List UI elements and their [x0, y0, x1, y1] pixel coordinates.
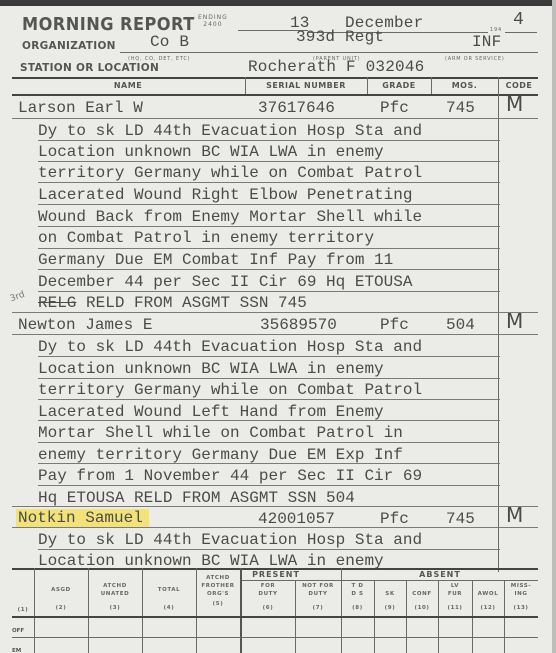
- ending-time: 2400: [198, 21, 228, 28]
- report-year-digit: 4: [513, 10, 524, 30]
- remark-line: Dy to sk LD 44th Evacuation Hosp Sta and: [38, 530, 422, 550]
- remark-line: December 44 per Sec II Cir 69 Hq ETOUSA: [38, 272, 412, 292]
- entry-mos: 745: [446, 509, 475, 529]
- remark-line: Hq ETOUSA RELD FROM ASGMT SSN 504: [38, 488, 355, 508]
- remark-line: Lacerated Wound Left Hand from Enemy: [38, 402, 384, 422]
- ending-label: ENDING 2400: [198, 14, 228, 28]
- entry-name: Newton James E: [18, 315, 152, 335]
- col-missing: MISS-ING(13): [504, 582, 538, 612]
- absent-group: ABSENT: [340, 570, 540, 579]
- remark-line: Mortar Shell while on Combat Patrol in: [38, 423, 403, 443]
- rule: [12, 118, 538, 119]
- header-rule: [12, 77, 538, 79]
- ending-text: ENDING: [198, 14, 228, 21]
- struck-text: RELG: [38, 294, 76, 312]
- remark-line: territory Germany while on Combat Patrol: [38, 380, 422, 400]
- station-label: STATION OR LOCATION: [20, 62, 159, 74]
- entry-serial: 35689570: [260, 315, 337, 335]
- present-group: PRESENT: [240, 570, 312, 579]
- col-mos: MOS.: [432, 81, 497, 90]
- margin-stamp: 3rd: [9, 290, 27, 305]
- entry-grade: Pfc: [380, 98, 409, 118]
- entry-code: M: [506, 505, 523, 525]
- remark-line: Location unknown BC WIA LWA in enemy: [38, 551, 384, 571]
- remark-line: Dy to sk LD 44th Evacuation Hosp Sta and: [38, 337, 422, 357]
- col-name: NAME: [12, 81, 244, 90]
- remark-line: Wound Back from Enemy Mortar Shell while: [38, 207, 422, 227]
- remark-line: Location unknown BC WIA LWA in enemy: [38, 142, 384, 162]
- entry-code: M: [506, 311, 523, 331]
- organization-value: Co B: [150, 33, 189, 51]
- entry-mos: 504: [446, 315, 475, 335]
- remark-line: Pay from 1 November 44 per Sec II Cir 69: [38, 466, 422, 486]
- remark-line: on Combat Patrol in enemy territory: [38, 228, 374, 248]
- entry-grade: Pfc: [380, 315, 409, 335]
- stat-row-rule: [12, 637, 538, 638]
- col-code: CODE: [499, 81, 539, 90]
- col-lv-fur: LV FUR(11): [438, 582, 472, 612]
- arm-service-value: INF: [472, 33, 501, 51]
- col-total: TOTAL(4): [142, 586, 196, 612]
- org-line: [120, 52, 538, 53]
- year-line: [505, 32, 537, 33]
- organization-label: ORGANIZATION: [22, 40, 116, 52]
- col-1: (1): [12, 606, 34, 614]
- sep-1: [245, 77, 246, 94]
- remark-text: RELD FROM ASGMT SSN 745: [86, 294, 307, 312]
- col-for-duty: FOR DUTY(6): [241, 582, 295, 612]
- remark-line: RELG RELD FROM ASGMT SSN 745: [38, 293, 307, 313]
- col-asgd: ASGD(2): [34, 586, 88, 612]
- colhead-rule: [12, 94, 538, 96]
- col-atchd-other: ATCHD FROTHER ORG'S(5): [196, 574, 240, 608]
- col-not-for-duty: NOT FOR DUTY(7): [295, 582, 341, 612]
- col-conf: CONF(10): [406, 590, 438, 612]
- arm-hint: (ARM OR SERVICE): [445, 56, 505, 62]
- col-atchd-unated: ATCHD UNATED(3): [88, 582, 142, 612]
- col-awol: AWOL(12): [472, 590, 504, 612]
- entry-mos: 745: [446, 98, 475, 118]
- entry-name: Larson Earl W: [18, 98, 143, 118]
- col-grade: GRADE: [368, 81, 430, 90]
- remark-line: enemy territory Germany Due EM Exp Inf: [38, 445, 403, 465]
- entry-serial: 37617646: [258, 98, 335, 118]
- col-tdds: T D D S(8): [341, 582, 374, 612]
- entry-name-highlighted: Notkin Samuel: [18, 508, 149, 528]
- group-rule: [240, 580, 538, 581]
- entry-code: M: [506, 94, 523, 114]
- row-off-label: OFF: [12, 628, 24, 634]
- form-title: MORNING REPORT: [22, 14, 195, 35]
- morning-report-form: MORNING REPORT ENDING 2400 13 December 1…: [0, 6, 552, 653]
- row-em-label: EM: [12, 648, 21, 653]
- remark-line: territory Germany while on Combat Patrol: [38, 163, 422, 183]
- sep-2: [367, 77, 368, 94]
- entry-serial: 42001057: [258, 509, 335, 529]
- col-sk: SK(9): [374, 590, 406, 612]
- highlighted-name: Notkin Samuel: [16, 509, 149, 527]
- entry-grade: Pfc: [380, 509, 409, 529]
- stat-head-rule: [12, 616, 538, 618]
- parent-unit-value: 393d Regt: [296, 28, 384, 46]
- sep-3: [431, 77, 432, 94]
- code-column-line: [498, 77, 499, 572]
- remark-line: Germany Due EM Combat Inf Pay from 11: [38, 250, 393, 270]
- remark-line: Location unknown BC WIA LWA in enemy: [38, 359, 384, 379]
- remark-line: Lacerated Wound Right Elbow Penetrating: [38, 185, 412, 205]
- station-value: Rocherath F 032046: [248, 58, 424, 76]
- rule: [38, 248, 500, 249]
- col-serial: SERIAL NUMBER: [246, 81, 366, 90]
- scan-right-border: [552, 0, 556, 653]
- remark-line: Dy to sk LD 44th Evacuation Hosp Sta and: [38, 121, 422, 141]
